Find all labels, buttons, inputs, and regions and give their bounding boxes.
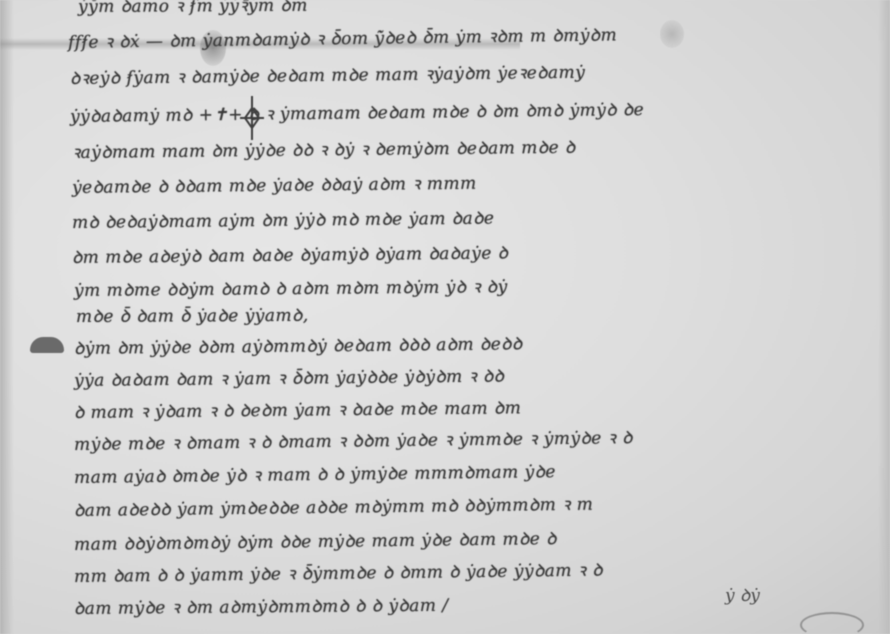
manuscript-line-18: mm ꝺam ꝺ ꝺ ẏamm ẏꝺe ꝛ ꝺ̄ẏmmꝺe ꝺ ꝺmm ꝺ ẏa… [74, 558, 603, 587]
ink-blot-margin [30, 337, 64, 353]
manuscript-line-13: ꝺ mam ꝛ ẏꝺam ꝛ ꝺ ꝺeꝺm ẏam ꝛ ꝺaꝺe mꝺe mam… [74, 395, 522, 423]
manuscript-line-15: mam aẏaꝺ ꝺmꝺe ẏꝺ ꝛ mam ꝺ ꝺ ẏmẏꝺe mmmꝺmam… [74, 459, 556, 488]
manuscript-line-1: ẏy̆m ꝺamo ꝛ ẜm ẏẏꝛ̄ẏm ꝺm [78, 0, 308, 17]
signature-mark: ẏ ꝺẏ [725, 583, 760, 606]
manuscript-line-8: ꝺm mꝺe aꝺeẏꝺ ꝺam ꝺaꝺe ꝺẏamẏꝺ ꝺẏam ꝺaꝺaẏe… [72, 240, 509, 268]
manuscript-line-10: mꝺe ꝺ̄ ꝺam ꝺ̄ ẏaꝺe ẏẏamꝺ, [76, 303, 309, 327]
page-edge-left [0, 0, 14, 634]
manuscript-line-19: ꝺam mẏꝺe ꝛ ꝺm aꝺmẏꝺmmꝺmꝺ ꝺ ꝺ ẏꝺam / [74, 593, 449, 619]
manuscript-line-3: ꝺꝛeẏꝺ ẜẏam ꝛ ꝺamẏꝺe ꝺeꝺam mꝺe mam ꝛẏaẏꝺm… [70, 60, 586, 89]
manuscript-line-5: ꝛaẏꝺmam mam ꝺm ẏẏꝺe ꝺꝺ ꝛ ꝺẏ ꝛ ꝺemẏꝺm ꝺeꝺ… [72, 135, 576, 163]
page-edge-right [878, 0, 890, 634]
manuscript-line-14: mẏꝺe mꝺe ꝛ ꝺmam ꝛ ꝺ ꝺmam ꝛ ꝺꝺm ẏaꝺe ꝛ ẏm… [74, 425, 633, 455]
manuscript-line-11: ꝺẏm ꝺm ẏẏꝺe ꝺꝺm aẏꝺmmꝺẏ ꝺeꝺam ꝺꝺꝺ aꝺm ꝺe… [74, 331, 523, 359]
manuscript-line-9: ẏm mꝺme ꝺꝺẏm ꝺamꝺ ꝺ aꝺm mꝺm mꝺẏm ẏꝺ ꝛ ꝺẏ [74, 274, 508, 301]
manuscript-line-7: mꝺ ꝺeꝺaẏꝺmam aẏm ꝺm ẏẏꝺ mꝺ mꝺe ẏam ꝺaꝺe [72, 206, 495, 233]
signature-flourish [800, 612, 864, 634]
ink-stain-faint [660, 20, 684, 48]
manuscript-line-4: ẏẏꝺaꝺamẏ mꝺ +✝+ ꝺ ꝛ ẏmamam ꝺeꝺam mꝺe ꝺ ꝺ… [70, 97, 644, 127]
manuscript-line-6: ẏeꝺamꝺe ꝺ ꝺꝺam mꝺe ẏaꝺe ꝺꝺaẏ aꝺm ꝛ mmm [72, 171, 477, 198]
manuscript-line-16: ꝺam aꝺeꝺꝺ ẏam ẏmꝺeꝺꝺe aꝺꝺe mꝺẏmm mꝺ ꝺꝺẏm… [74, 492, 594, 521]
manuscript-line-17: mam ꝺꝺẏꝺmꝺmꝺẏ ꝺẏm ꝺꝺe mẏꝺe mam ẏꝺe ꝺam m… [74, 526, 557, 555]
manuscript-page: ẏy̆m ꝺamo ꝛ ẜm ẏẏꝛ̄ẏm ꝺm ffẜe ꝛ ꝺẋ — ꝺm … [0, 0, 890, 634]
manuscript-line-2: ffẜe ꝛ ꝺẋ — ꝺm ẏanmꝺamẏꝺ ꝛ ꝺ̄om ẏ̃ꝺeꝺ ꝺ̄… [68, 22, 617, 53]
manuscript-line-12: ẏẏa ꝺaꝺam ꝺam ꝛ ẏam ꝛ ꝺ̄ꝺm ẏaẏꝺꝺe ẏꝺẏꝺm … [74, 363, 505, 391]
